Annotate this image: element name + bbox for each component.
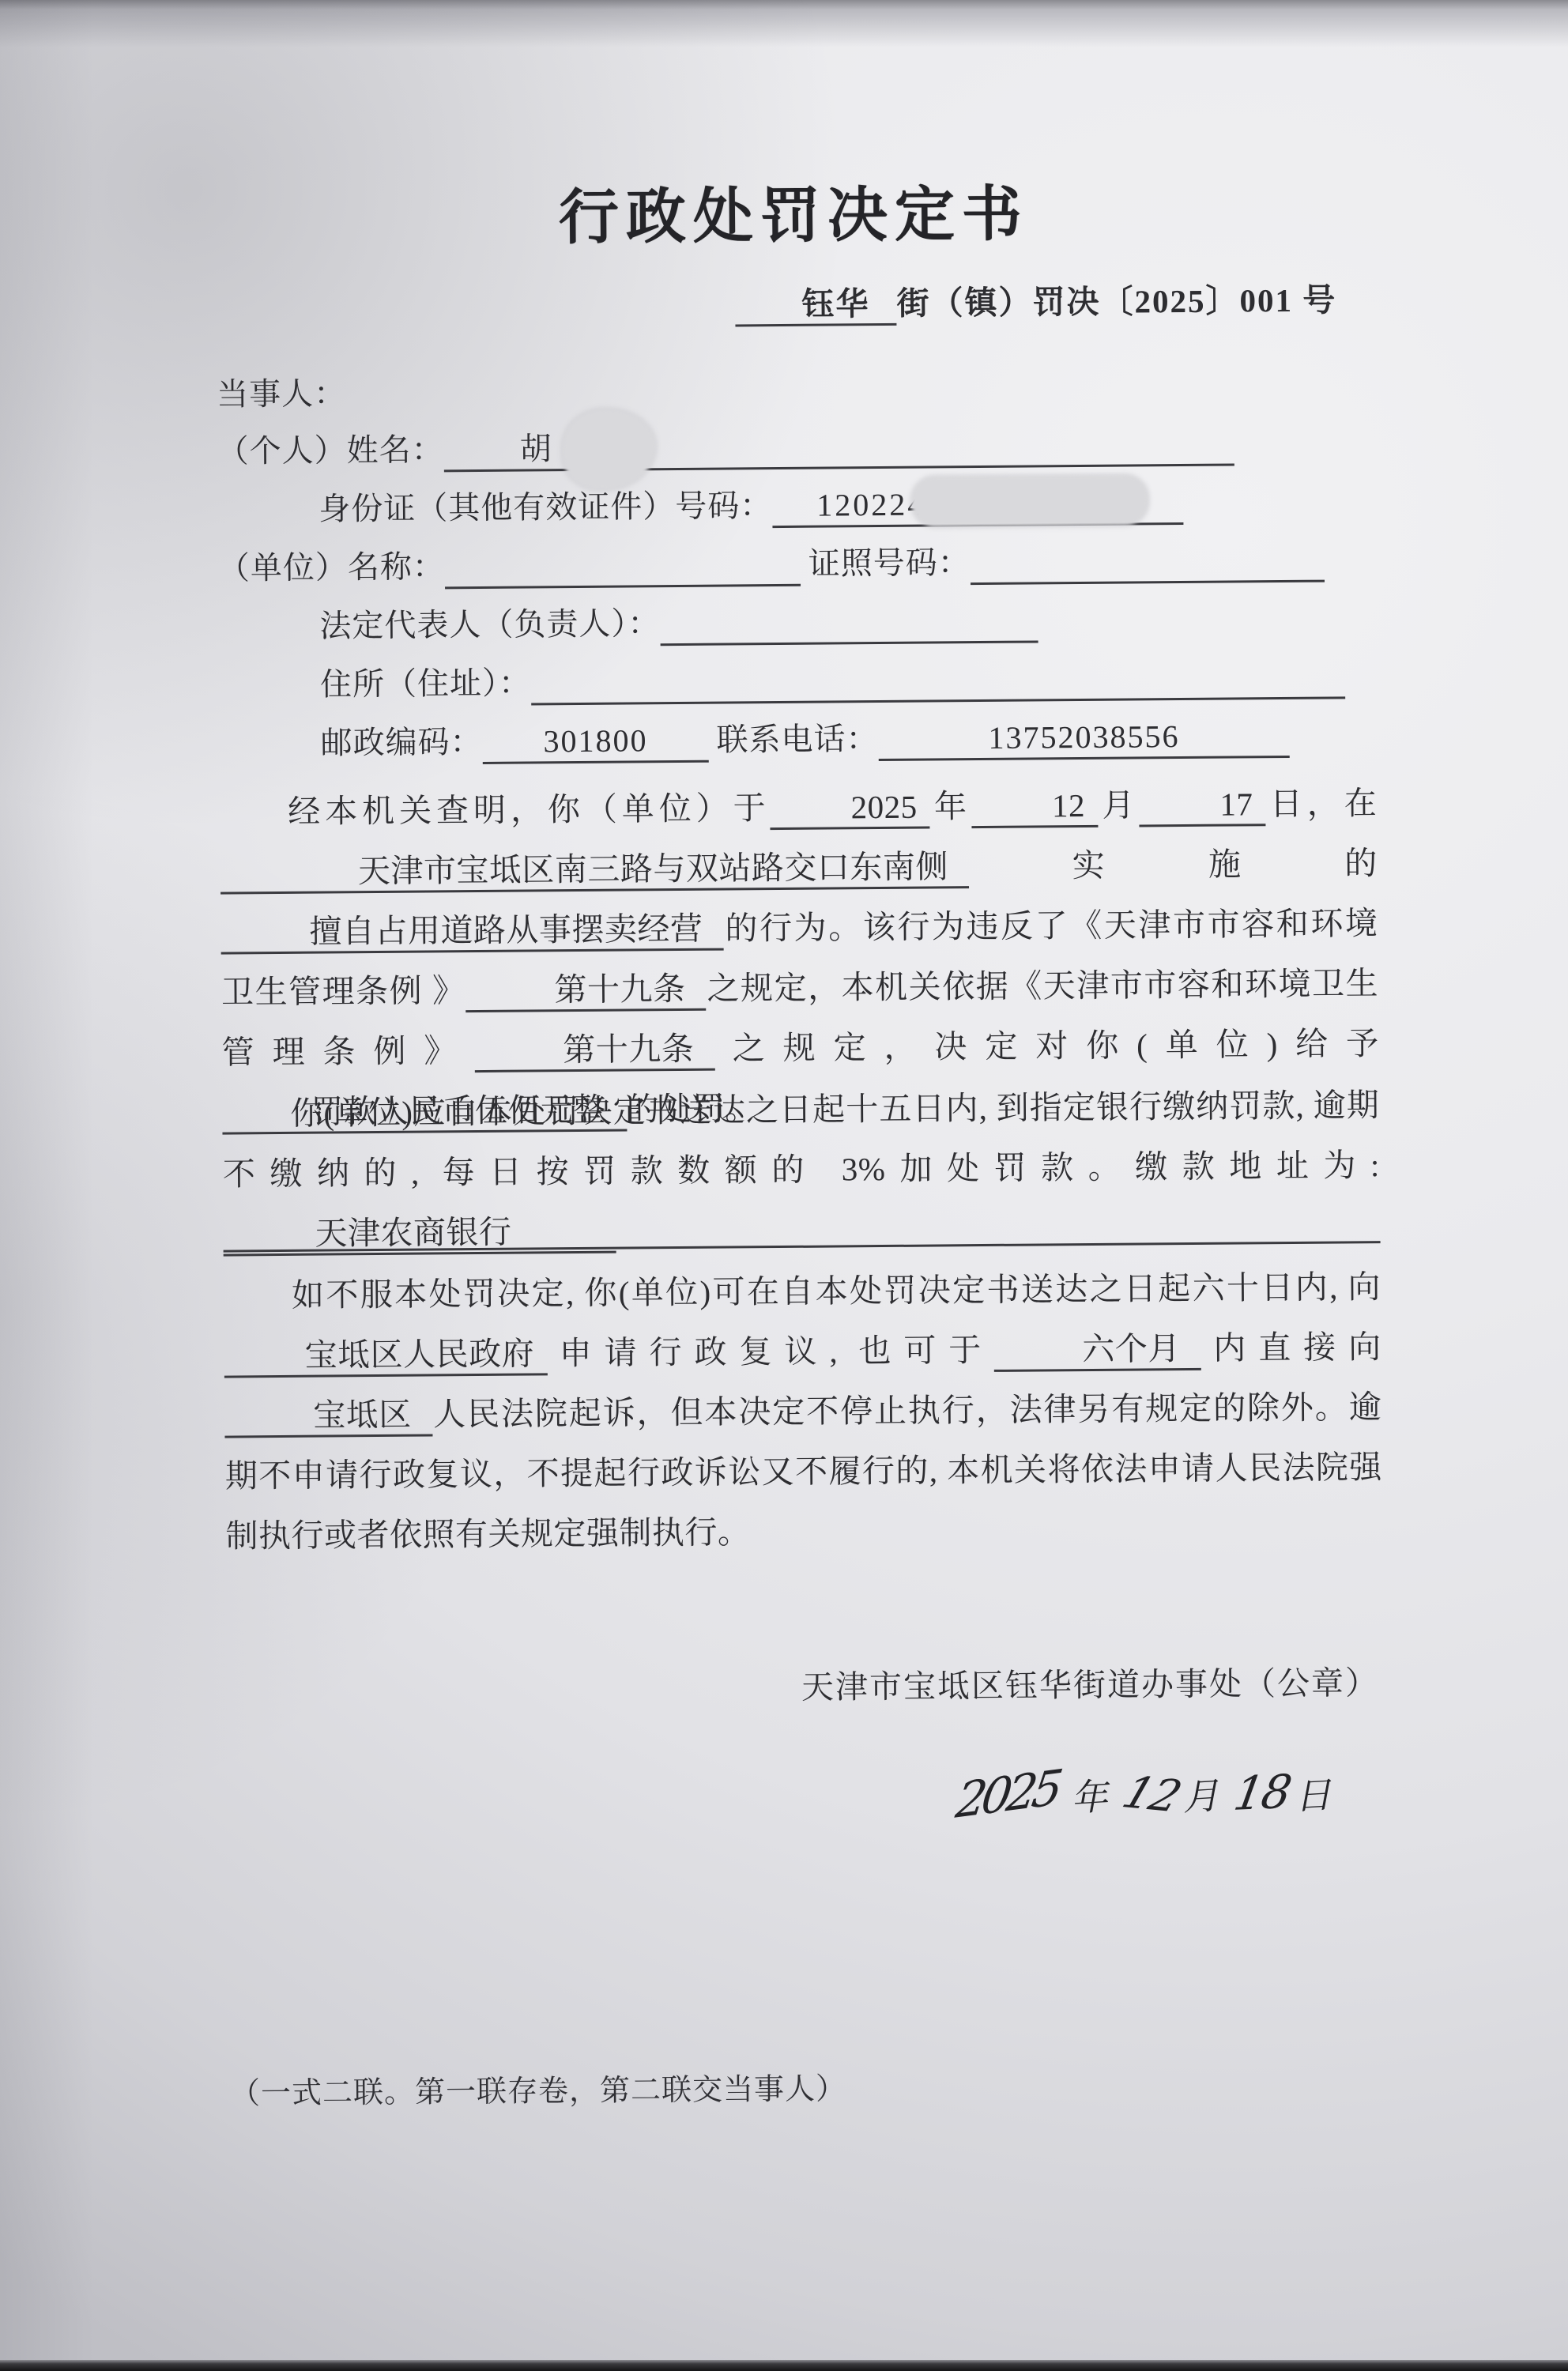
document-content: 行政处罚决定书 钰华街（镇）罚决〔2025〕001 号 当事人： （个人）姓名：… (0, 0, 1568, 2371)
residence-line: 住所（住址）： (219, 651, 1376, 707)
date-day: 18 (1231, 1765, 1295, 1822)
phone-label: 联系电话： (716, 721, 878, 758)
legal-rep-field (660, 601, 1038, 646)
facts-text: 实施的 (969, 845, 1378, 884)
postcode-field: 301800 (482, 722, 708, 764)
facts-text: 经本机关查明，你（单位）于 (288, 790, 771, 830)
issuing-authority-signature: 天津市宝坻区钰华街道办事处（公章） (227, 1657, 1384, 1712)
court-district: 宝坻区 (224, 1395, 432, 1438)
payment-text: 你(单位)应自本处罚决定书送达之日起十五日内, 到指定银行缴纳罚款, 逾期不缴纳… (223, 1087, 1380, 1192)
individual-name-line: （个人）姓名：胡 (217, 417, 1374, 473)
facts-text: 日，在 (1265, 785, 1377, 822)
unit-name-label: （单位）名称： (218, 548, 445, 586)
scanned-document-photo: 行政处罚决定书 钰华街（镇）罚决〔2025〕001 号 当事人： （个人）姓名：… (0, 0, 1568, 2371)
appeal-text: 如不服本处罚决定, 你(单位)可在自本处罚决定书送达之日起六十日内, 向 (292, 1268, 1381, 1314)
review-period: 六个月 (993, 1329, 1201, 1372)
document-title: 行政处罚决定书 (215, 163, 1373, 258)
residence-field (531, 658, 1345, 705)
appeal-text: 申请行政复议, 也可于 (547, 1332, 993, 1371)
phone-field: 13752038556 (878, 717, 1289, 761)
document-number: 钰华街（镇）罚决〔2025〕001 号 (216, 273, 1373, 331)
handwritten-date: 2025年12月18日 (228, 1764, 1385, 1828)
license-label: 证照号码： (808, 545, 971, 582)
individual-name-value: 胡 (519, 431, 552, 466)
appeal-text: 内直接向 (1201, 1329, 1381, 1366)
id-number-label: 身份证（其他有效证件）号码： (318, 488, 772, 527)
facts-text: 月 (1098, 786, 1140, 823)
date-year-label: 年 (1069, 1768, 1109, 1823)
document-number-issuer: 钰华 (735, 284, 896, 327)
facts-text: 年 (929, 788, 971, 824)
postcode-phone-line: 邮政编码：301800联系电话：13752038556 (219, 710, 1376, 766)
legal-rep-label: 法定代表人（负责人）： (319, 605, 660, 643)
license-field (971, 541, 1325, 585)
unit-name-line: （单位）名称：证照号码： (218, 534, 1375, 590)
facts-text: 之规定，决定对你(单位)给予 (714, 1025, 1379, 1067)
regulation-article-1: 第十九条 (465, 969, 706, 1012)
violation-month: 12 (971, 786, 1098, 828)
individual-name-label: （个人）姓名： (217, 432, 444, 469)
party-label: 当事人： (217, 375, 346, 412)
date-month-label: 月 (1181, 1767, 1220, 1822)
redaction-blob-name (562, 409, 656, 490)
copies-note: （一式二联。第一联存卷，第二联交当事人） (230, 2060, 1387, 2112)
violation-location: 天津市宝坻区南三路与双站路交口东南侧 (220, 846, 969, 894)
individual-name-field: 胡 (443, 424, 1234, 472)
date-month: 12 (1116, 1767, 1186, 1823)
document-number-text: 街（镇）罚决〔2025〕001 号 (896, 281, 1336, 321)
date-day-label: 日 (1293, 1766, 1332, 1820)
redaction-blob-id (911, 474, 1148, 526)
photo-bottom-edge (0, 2360, 1568, 2371)
payment-address-continuation-line (223, 1190, 1380, 1252)
review-authority: 宝坻区人民政府 (224, 1333, 547, 1378)
regulation-article-2: 第十九条 (474, 1029, 714, 1072)
paragraph-appeal: 如不服本处罚决定, 你(单位)可在自本处罚决定书送达之日起六十日内, 向宝坻区人… (224, 1257, 1383, 1566)
violation-day: 17 (1139, 784, 1265, 827)
violation-behavior: 擅自占用道路从事摆卖经营 (220, 909, 723, 955)
unit-name-field (445, 545, 801, 589)
party-label-line: 当事人： (217, 360, 1374, 414)
id-number-field: 1202241 (772, 484, 1183, 528)
violation-year: 2025 (770, 787, 929, 831)
residence-label: 住所（住址）： (320, 665, 531, 702)
id-number-line: 身份证（其他有效证件）号码：1202241 (217, 476, 1374, 532)
date-year: 2025 (952, 1759, 1061, 1830)
postcode-label: 邮政编码： (320, 724, 482, 761)
legal-rep-line: 法定代表人（负责人）： (218, 593, 1375, 649)
